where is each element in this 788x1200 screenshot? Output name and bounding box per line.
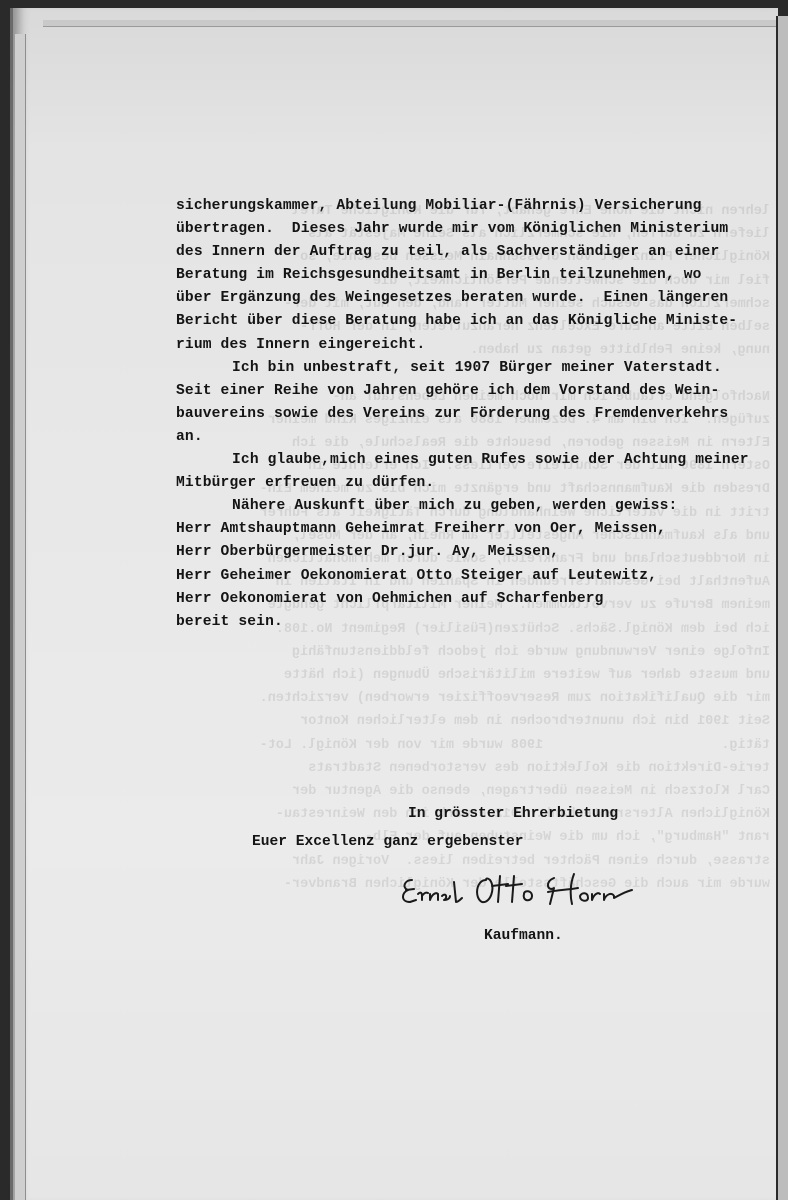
letter-line: übertragen. Dieses Jahr wurde mir vom Kö… [176, 218, 766, 241]
closing-salutation: In grösster Ehrerbietung [408, 806, 618, 822]
letter-line: Seit einer Reihe von Jahren gehöre ich d… [176, 380, 766, 403]
signer-title: Kaufmann. [484, 928, 563, 944]
letter-line: rium des Innern eingereicht. [176, 334, 766, 357]
letter-line: Ich glaube,mich eines guten Rufes sowie … [176, 449, 766, 472]
letter-line: Bericht über diese Beratung habe ich an … [176, 310, 766, 333]
page-left-edge [15, 34, 26, 1200]
letter-line: Ich bin unbestraft, seit 1907 Bürger mei… [176, 357, 766, 380]
letter-line: bauvereins sowie des Vereins zur Förderu… [176, 403, 766, 426]
page-top-edge [43, 20, 778, 27]
letter-line: Herr Oberbürgermeister Dr.jur. Ay, Meiss… [176, 541, 766, 564]
scan-frame: lehren nicht die hohe Ehre gehabt, für d… [0, 0, 788, 1200]
letter-line: Herr Geheimer Oekonomierat Otto Steiger … [176, 565, 766, 588]
letter-line: Nähere Auskunft über mich zu geben, werd… [176, 495, 766, 518]
page-right-edge [778, 16, 788, 1200]
handwritten-signature: Ernst Otto Horn [398, 868, 638, 918]
letter-line: sicherungskammer, Abteilung Mobiliar-(Fä… [176, 195, 766, 218]
letter-line: Mitbürger erfreuen zu dürfen. [176, 472, 766, 495]
letter-line: Beratung im Reichsgesundheitsamt in Berl… [176, 264, 766, 287]
letter-line: über Ergänzung des Weingesetzes beraten … [176, 287, 766, 310]
letter-line: bereit sein. [176, 611, 766, 634]
letter-line: an. [176, 426, 766, 449]
letter-line: des Innern der Auftrag zu teil, als Sach… [176, 241, 766, 264]
letter-line: Herr Oekonomierat von Oehmichen auf Scha… [176, 588, 766, 611]
letter-line: Herr Amtshauptmann Geheimrat Freiherr vo… [176, 518, 766, 541]
closing-valediction: Euer Excellenz ganz ergebenster [252, 834, 524, 850]
letter-body: sicherungskammer, Abteilung Mobiliar-(Fä… [176, 195, 766, 634]
